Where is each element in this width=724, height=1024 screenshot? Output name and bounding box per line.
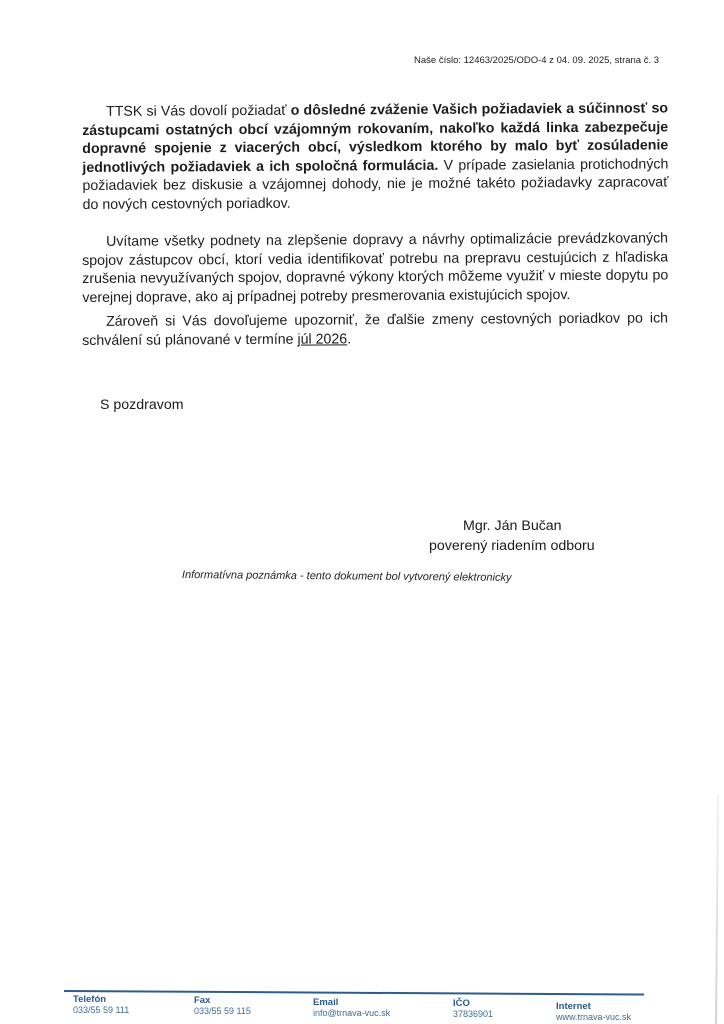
footer-phone: Telefón 033/55 59 111 — [73, 994, 129, 1016]
footer-ico-value: 37836901 — [453, 1009, 493, 1020]
scan-edge-line — [715, 795, 719, 1024]
footer-divider — [64, 990, 644, 996]
paragraph-notice-end: . — [347, 331, 351, 347]
footer-ico: IČO 37836901 — [453, 998, 493, 1020]
reference-number: Naše číslo: 12463/2025/ODO-4 z 04. 09. 2… — [414, 55, 659, 66]
paragraph-notice: Zároveň si Vás dovoľujeme upozorniť, že … — [82, 309, 668, 350]
footer-email-value[interactable]: info@trnava-vuc.sk — [313, 1008, 390, 1019]
paragraph-request: TTSK si Vás dovolí požiadať o dôsledné z… — [82, 99, 669, 214]
footer-fax-value: 033/55 59 115 — [194, 1006, 251, 1017]
paragraph-notice-text: Zároveň si Vás dovoľujeme upozorniť, že … — [82, 310, 668, 348]
footer-phone-value: 033/55 59 111 — [73, 1005, 129, 1016]
footer-phone-label: Telefón — [73, 994, 129, 1005]
footer-email-label: Email — [313, 997, 390, 1008]
footer-fax: Fax 033/55 59 115 — [194, 995, 251, 1017]
footer-internet-value[interactable]: www.trnava-vuc.sk — [556, 1012, 631, 1023]
paragraph-request-intro: TTSK si Vás dovolí požiadať — [106, 103, 291, 120]
signature-name: Mgr. Ján Bučan — [463, 518, 562, 534]
footer-internet-label: Internet — [556, 1001, 631, 1012]
footer-fax-label: Fax — [194, 995, 251, 1006]
signature-title: poverený riadením odboru — [429, 538, 595, 554]
footer-email: Email info@trnava-vuc.sk — [313, 997, 390, 1019]
paragraph-suggestions-text: Uvítame všetky podnety na zlepšenie dopr… — [82, 230, 668, 305]
informative-note: Informatívna poznámka - tento dokument b… — [182, 569, 512, 584]
planned-date: júl 2026 — [297, 331, 347, 347]
greeting: S pozdravom — [100, 397, 184, 413]
paragraph-suggestions: Uvítame všetky podnety na zlepšenie dopr… — [82, 229, 668, 307]
footer-ico-label: IČO — [453, 998, 493, 1009]
footer-internet: Internet www.trnava-vuc.sk — [556, 1001, 631, 1023]
